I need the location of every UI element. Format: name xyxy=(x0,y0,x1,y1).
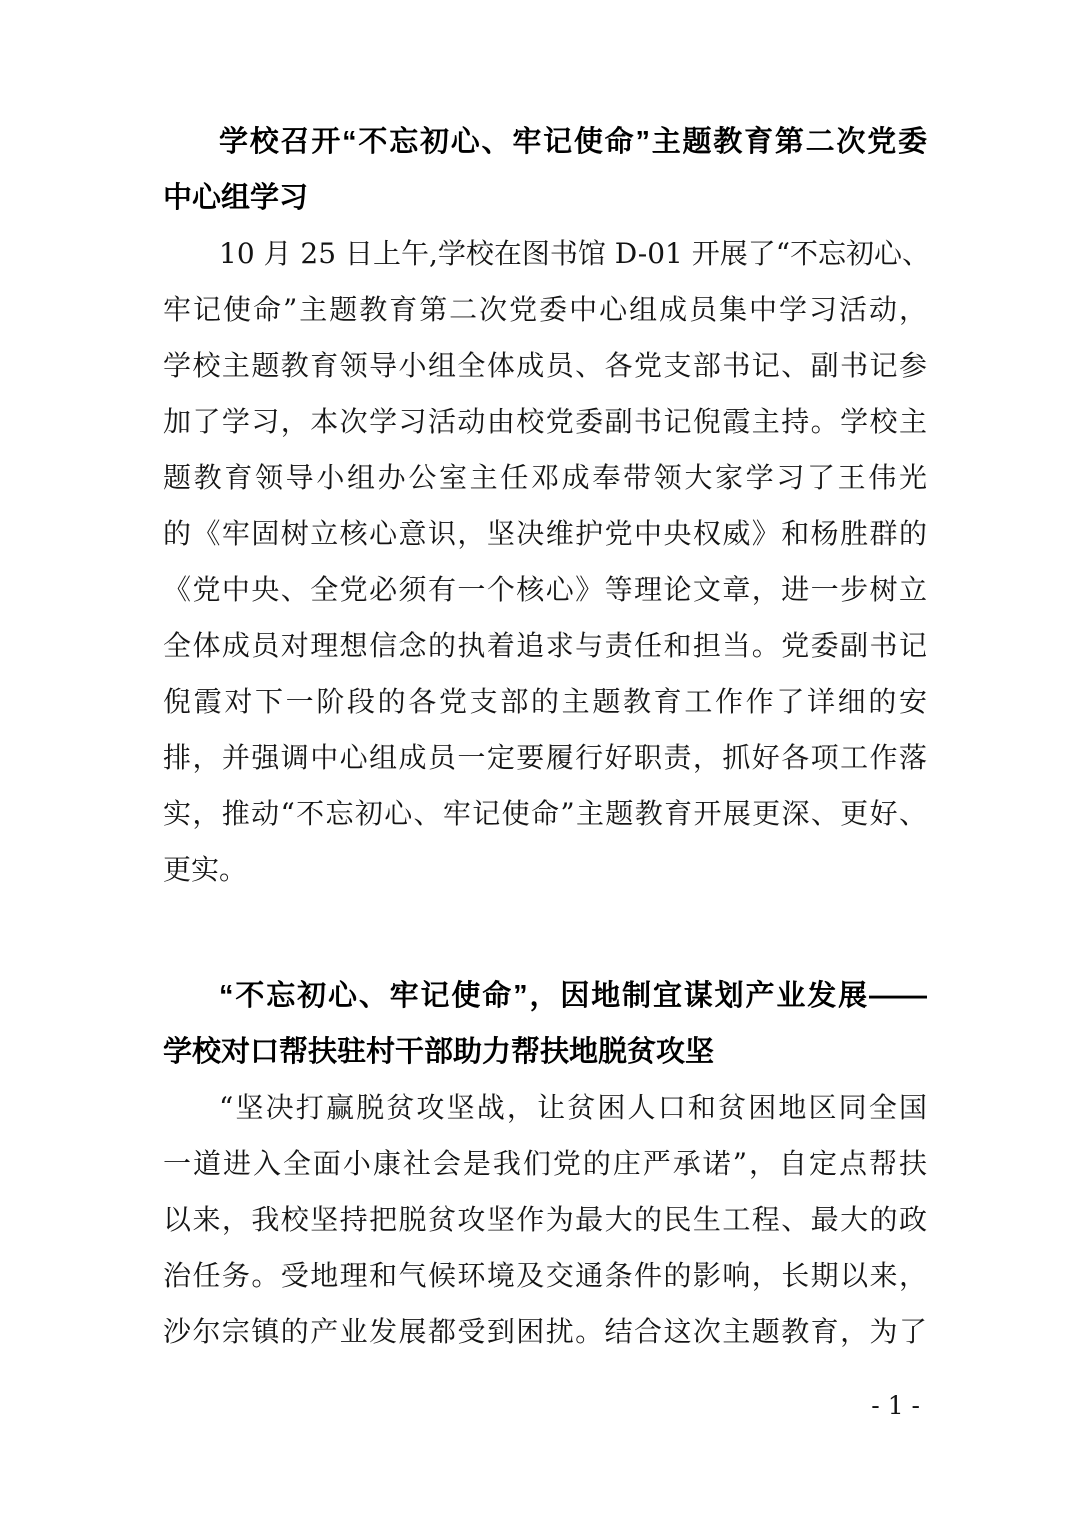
text-line: 一道进入全面小康社会是我们党的庄严承诺”，自定点帮扶 xyxy=(163,1136,927,1192)
text-line: 牢记使命”主题教育第二次党委中心组成员集中学习活动， xyxy=(163,282,927,338)
text-line: “坚决打赢脱贫攻坚战，让贫困人口和贫困地区同全国 xyxy=(163,1080,927,1136)
text-line: 沙尔宗镇的产业发展都受到困扰。结合这次主题教育，为了 xyxy=(163,1304,927,1360)
title-line: “不忘初心、牢记使命”，因地制宜谋划产业发展—— xyxy=(163,968,927,1024)
text-line: 的《牢固树立核心意识，坚决维护党中央权威》和杨胜群的 xyxy=(163,506,927,562)
title-line: 学校对口帮扶驻村干部助力帮扶地脱贫攻坚 xyxy=(163,1024,927,1080)
text-line: 治任务。受地理和气候环境及交通条件的影响，长期以来， xyxy=(163,1248,927,1304)
text-line: 全体成员对理想信念的执着追求与责任和担当。党委副书记 xyxy=(163,618,927,674)
text-line: 10 月 25 日上午,学校在图书馆 D-01 开展了“不忘初心、 xyxy=(163,226,927,282)
text-line: 倪霞对下一阶段的各党支部的主题教育工作作了详细的安 xyxy=(163,674,927,730)
page-number: - 1 - xyxy=(871,1388,920,1424)
document-content: 学校召开“不忘初心、牢记使命”主题教育第二次党委 中心组学习 10 月 25 日… xyxy=(163,114,927,1360)
article-paragraph-second: “坚决打赢脱贫攻坚战，让贫困人口和贫困地区同全国 一道进入全面小康社会是我们党的… xyxy=(163,1080,927,1360)
text-line: 更实。 xyxy=(163,842,927,898)
text-line: 《党中央、全党必须有一个核心》等理论文章，进一步树立 xyxy=(163,562,927,618)
title-line: 学校召开“不忘初心、牢记使命”主题教育第二次党委 xyxy=(163,114,927,170)
text-line: 加了学习，本次学习活动由校党委副书记倪霞主持。学校主 xyxy=(163,394,927,450)
article-title-second: “不忘初心、牢记使命”，因地制宜谋划产业发展—— 学校对口帮扶驻村干部助力帮扶地… xyxy=(163,968,927,1080)
text-line: 题教育领导小组办公室主任邓成奉带领大家学习了王伟光 xyxy=(163,450,927,506)
title-line: 中心组学习 xyxy=(163,170,927,226)
text-line: 学校主题教育领导小组全体成员、各党支部书记、副书记参 xyxy=(163,338,927,394)
article-paragraph-first: 10 月 25 日上午,学校在图书馆 D-01 开展了“不忘初心、 牢记使命”主… xyxy=(163,226,927,898)
text-line: 实，推动“不忘初心、牢记使命”主题教育开展更深、更好、 xyxy=(163,786,927,842)
text-line: 排，并强调中心组成员一定要履行好职责，抓好各项工作落 xyxy=(163,730,927,786)
section-spacer xyxy=(163,898,927,968)
text-line: 以来，我校坚持把脱贫攻坚作为最大的民生工程、最大的政 xyxy=(163,1192,927,1248)
document-page: 学校召开“不忘初心、牢记使命”主题教育第二次党委 中心组学习 10 月 25 日… xyxy=(0,0,1078,1522)
article-title-first: 学校召开“不忘初心、牢记使命”主题教育第二次党委 中心组学习 xyxy=(163,114,927,226)
